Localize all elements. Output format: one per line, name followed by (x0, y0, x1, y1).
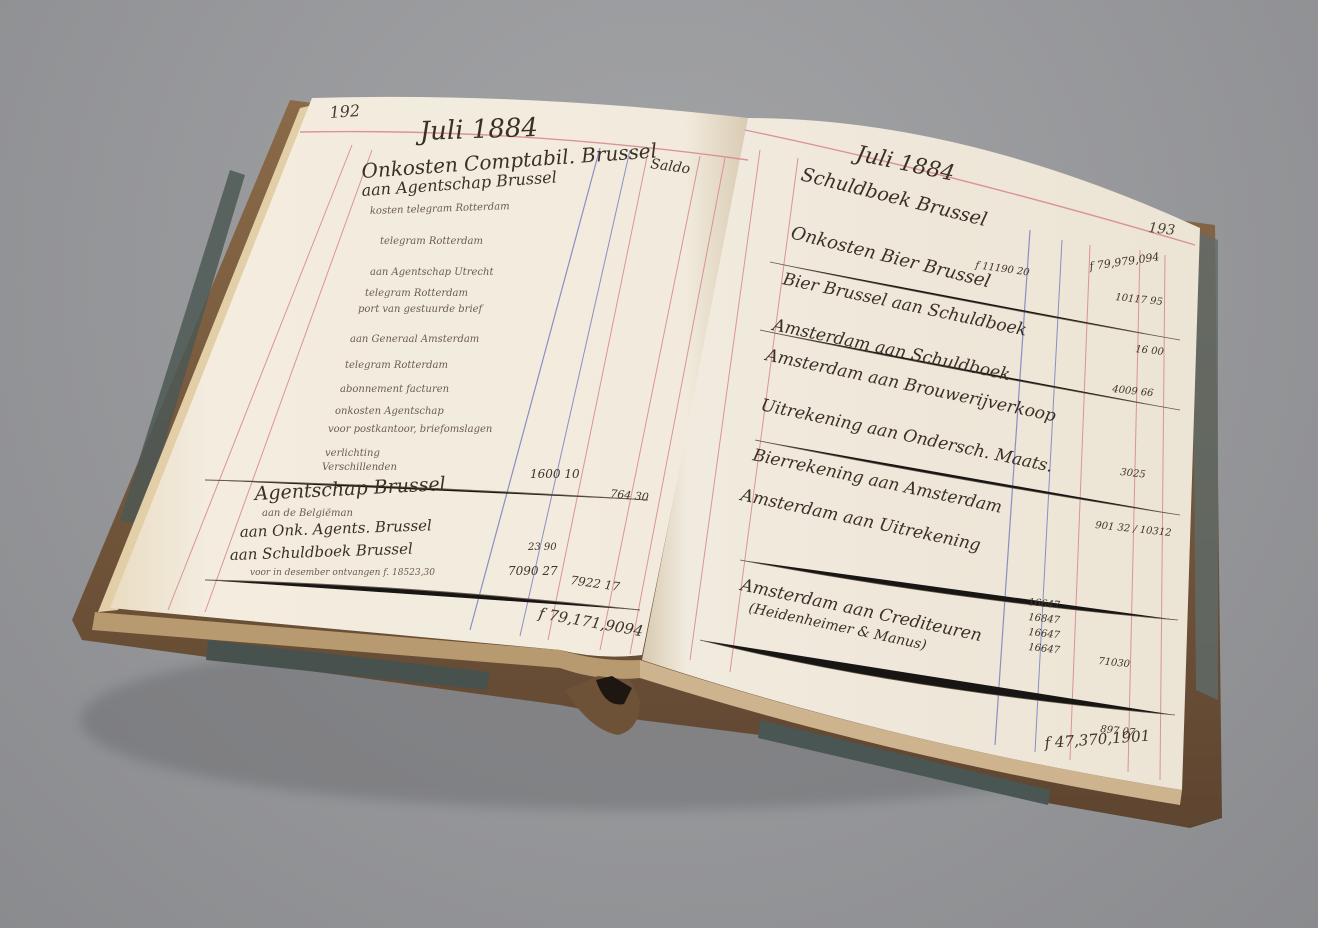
ledger-photo-scene: 192 Juli 1884 Saldo Onkosten Comptabil. … (0, 0, 1318, 928)
left-line: aan Generaal Amsterdam (350, 334, 479, 345)
left-line: abonnement facturen (340, 384, 449, 395)
left-line: voor postkantoor, briefomslagen (328, 424, 492, 435)
left-entry-subtitle-2: aan de Belgiëman (262, 508, 353, 519)
left-line: telegram Rotterdam (345, 360, 448, 371)
left-line: Verschillenden (322, 462, 397, 473)
left-line: telegram Rotterdam (380, 236, 483, 247)
left-line: telegram Rotterdam (365, 288, 468, 299)
left-line: aan Agentschap Utrecht (370, 267, 494, 278)
left-page-heading: Juli 1884 (414, 113, 538, 147)
left-line: verlichting (325, 448, 380, 459)
right-page-number: 193 (1148, 220, 1176, 239)
left-page-number: 192 (329, 101, 361, 122)
left-line: onkosten Agentschap (335, 406, 444, 417)
left-line: port van gestuurde brief (358, 304, 485, 315)
left-subtotal: 1600 10 (530, 467, 580, 481)
left-entry-line-2c: voor in desember ontvangen f. 18523,30 (250, 568, 435, 578)
left-amount-2b: 23 90 (527, 542, 557, 553)
left-amount-2c: 7090 27 (508, 564, 558, 578)
